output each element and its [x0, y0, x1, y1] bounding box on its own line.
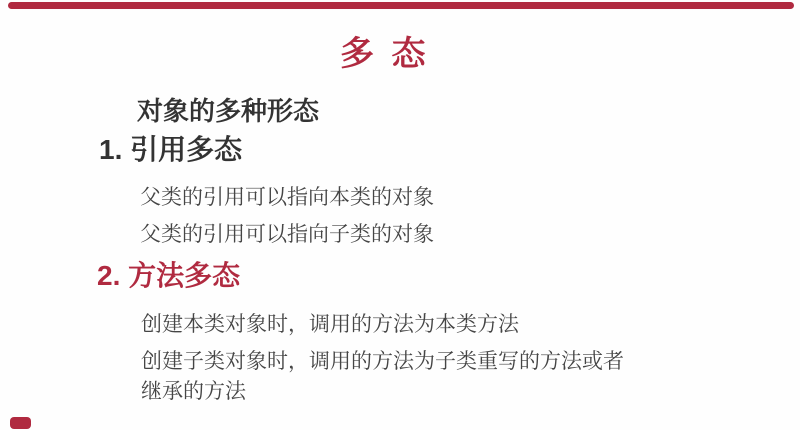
- section-2-line-1: 创建本类对象时，调用的方法为本类方法: [141, 314, 519, 335]
- section-1-line-1: 父类的引用可以指向本类的对象: [140, 187, 434, 208]
- slide-title: 多 态: [340, 37, 426, 71]
- section-1-line-2: 父类的引用可以指向子类的对象: [140, 224, 434, 245]
- section-2-heading: 2. 方法多态: [97, 262, 240, 290]
- bottom-left-red-marker: [10, 417, 31, 429]
- top-red-bar: [8, 2, 794, 9]
- section-2-line-3: 继承的方法: [141, 381, 246, 402]
- slide-subtitle: 对象的多种形态: [137, 98, 319, 124]
- lecture-slide: 多 态 对象的多种形态 1. 引用多态 父类的引用可以指向本类的对象 父类的引用…: [0, 0, 800, 430]
- section-1-heading: 1. 引用多态: [99, 136, 242, 164]
- section-2-line-2: 创建子类对象时，调用的方法为子类重写的方法或者: [141, 351, 624, 372]
